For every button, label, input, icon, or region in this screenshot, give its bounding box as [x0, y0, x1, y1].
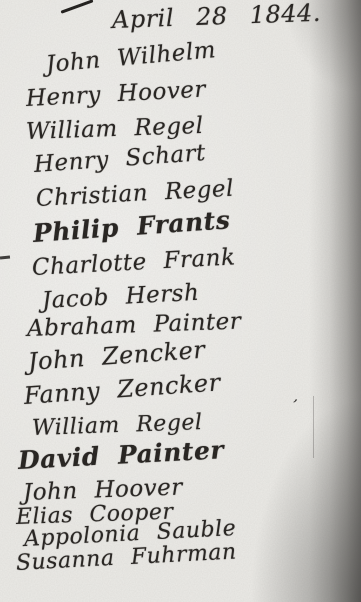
date-header: April 28 1844.	[112, 0, 322, 34]
signature-line: Henry Hoover	[25, 77, 206, 112]
ink-fleck-mark: ’	[290, 396, 298, 415]
signature-line: Charlotte Frank	[31, 244, 236, 281]
signature-line: William Regel	[26, 113, 204, 145]
signature-line: Henry Schart	[33, 140, 207, 178]
signature-line: Fanny Zencker	[23, 368, 221, 410]
scanned-document-page: April 28 1844. John Wilhelm Henry Hoover…	[0, 0, 361, 602]
signature-line: John Zencker	[27, 336, 206, 376]
signature-line: William Regel	[32, 410, 203, 441]
stray-pen-stroke	[61, 0, 94, 14]
paper-crease-line	[313, 396, 314, 458]
signature-line: Philip Frants	[32, 205, 231, 248]
signature-line: David Painter	[17, 435, 224, 475]
signature-line: John Wilhelm	[45, 37, 217, 78]
scan-shadow-bottom-right	[241, 382, 361, 602]
scan-gutter-shadow	[309, 0, 361, 602]
signature-line: Jacob Hersh	[41, 280, 200, 314]
ink-dash-mark	[0, 255, 10, 259]
signature-line: Abraham Painter	[27, 309, 242, 342]
